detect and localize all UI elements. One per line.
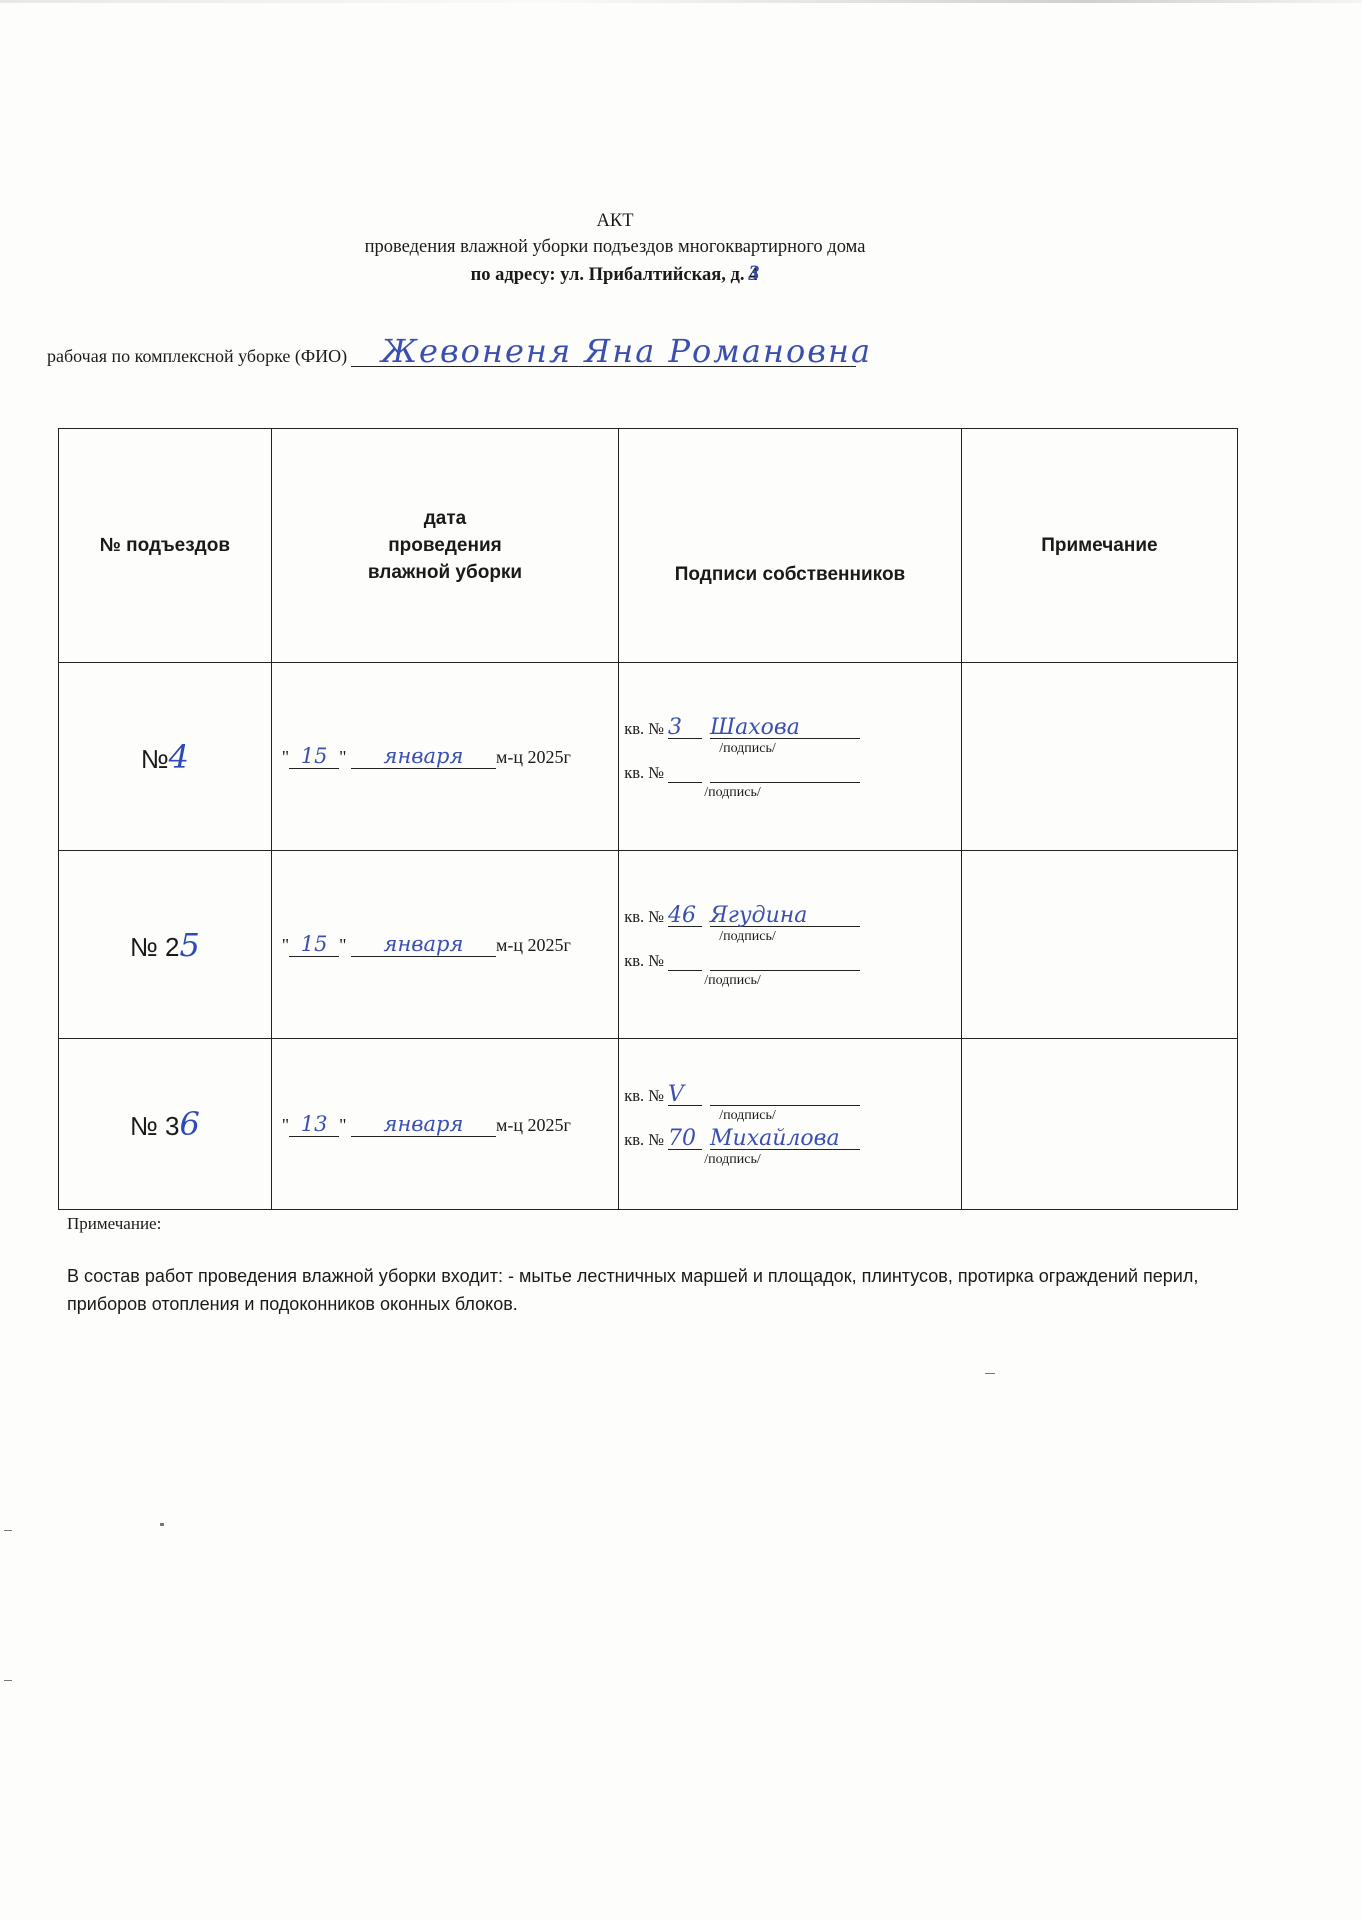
table-row: №4 "15" январям-ц 2025г кв. № 3 Шахова /… bbox=[59, 663, 1238, 851]
signature-field: Шахова bbox=[710, 720, 860, 739]
scan-edge bbox=[0, 0, 1362, 3]
apt-number-field: V bbox=[668, 1087, 702, 1106]
apt-number-field bbox=[668, 764, 702, 783]
date-cell: "15" январям-ц 2025г bbox=[271, 663, 618, 851]
apt-label: кв. № bbox=[624, 1086, 664, 1106]
address-handwritten: 3 bbox=[748, 260, 759, 285]
signature-caption: /подпись/ bbox=[704, 973, 961, 989]
address-label: по адресу: ул. Прибалтийская, д. 4 bbox=[471, 265, 759, 285]
scan-speck bbox=[160, 1523, 164, 1526]
signature-caption: /подпись/ bbox=[719, 929, 961, 945]
signature-handwritten: Ягудина bbox=[710, 903, 807, 928]
day-handwritten: 15 bbox=[301, 744, 328, 768]
apt-number-handwritten: 70 bbox=[668, 1126, 696, 1151]
month-handwritten: января bbox=[384, 932, 464, 956]
entrance-cell: № 25 bbox=[59, 851, 272, 1039]
entrance-cell: №4 bbox=[59, 663, 272, 851]
scan-speck bbox=[985, 1373, 995, 1374]
apt-number-field: 70 bbox=[668, 1131, 702, 1150]
note-cell bbox=[961, 851, 1237, 1039]
signatures-cell: кв. № V /подпись/ кв. № 70 Михайлова /по… bbox=[619, 1039, 962, 1210]
table-header-row: № подъездов дата проведения влажной убор… bbox=[59, 429, 1238, 663]
month-field: января bbox=[351, 744, 496, 769]
signature-line: кв. № 70 Михайлова bbox=[624, 1130, 961, 1150]
entrance-printed: № bbox=[141, 744, 169, 774]
apt-number-field bbox=[668, 952, 702, 971]
header-note: Примечание bbox=[961, 429, 1237, 663]
worker-name-handwritten: Жевоненя Яна Романовна bbox=[381, 332, 872, 370]
signature-handwritten: Шахова bbox=[710, 715, 800, 740]
entrance-handwritten: 6 bbox=[179, 1105, 199, 1143]
entrance-printed: № 3 bbox=[130, 1111, 180, 1141]
entrance-printed: № 2 bbox=[130, 932, 180, 962]
apt-number-handwritten: V bbox=[668, 1082, 684, 1107]
signature-field bbox=[710, 952, 860, 971]
date-cell: "15" январям-ц 2025г bbox=[271, 851, 618, 1039]
signature-line: кв. № bbox=[624, 763, 961, 783]
signature-field: Михайлова bbox=[710, 1131, 860, 1150]
footer-note-title: Примечание: bbox=[67, 1214, 161, 1234]
month-field: января bbox=[351, 1112, 496, 1137]
day-handwritten: 15 bbox=[301, 932, 328, 956]
signature-field bbox=[710, 1087, 860, 1106]
cleaning-act-table: № подъездов дата проведения влажной убор… bbox=[58, 428, 1238, 1210]
signature-handwritten: Михайлова bbox=[710, 1126, 840, 1151]
document-subtitle: проведения влажной уборки подъездов мног… bbox=[0, 234, 1230, 260]
day-handwritten: 13 bbox=[301, 1112, 328, 1136]
document-title: АКТ bbox=[0, 208, 1230, 234]
header-date-line: проведения bbox=[272, 532, 618, 559]
apt-label: кв. № bbox=[624, 951, 664, 971]
year-label: м-ц 2025г bbox=[496, 747, 571, 767]
month-field: января bbox=[351, 932, 496, 957]
footer-note-text: В состав работ проведения влажной уборки… bbox=[67, 1262, 1247, 1318]
apt-number-field: 46 bbox=[668, 908, 702, 927]
signature-field: Ягудина bbox=[710, 908, 860, 927]
entrance-handwritten: 5 bbox=[179, 926, 199, 964]
signatures-cell: кв. № 3 Шахова /подпись/ кв. № /подпись/ bbox=[619, 663, 962, 851]
scan-speck bbox=[4, 1680, 12, 1681]
day-field: 13 bbox=[289, 1112, 339, 1137]
signature-caption: /подпись/ bbox=[719, 1108, 961, 1124]
month-handwritten: января bbox=[384, 1112, 464, 1136]
header-date: дата проведения влажной уборки bbox=[271, 429, 618, 663]
year-label: м-ц 2025г bbox=[496, 1115, 571, 1135]
apt-label: кв. № bbox=[624, 719, 664, 739]
note-cell bbox=[961, 663, 1237, 851]
header-entrance: № подъездов bbox=[59, 429, 272, 663]
entrance-handwritten: 4 bbox=[169, 738, 189, 776]
apt-label: кв. № bbox=[624, 907, 664, 927]
worker-field: рабочая по комплексной уборке (ФИО) Жево… bbox=[47, 340, 856, 367]
signature-caption: /подпись/ bbox=[704, 1152, 961, 1168]
signature-line: кв. № 3 Шахова bbox=[624, 719, 961, 739]
apt-number-handwritten: 3 bbox=[668, 715, 682, 740]
apt-label: кв. № bbox=[624, 763, 664, 783]
header-date-line: дата bbox=[272, 505, 618, 532]
document-address: по адресу: ул. Прибалтийская, д. 43 bbox=[0, 260, 1230, 288]
apt-number-field: 3 bbox=[668, 720, 702, 739]
date-cell: "13" январям-ц 2025г bbox=[271, 1039, 618, 1210]
apt-number-handwritten: 46 bbox=[668, 903, 696, 928]
month-handwritten: января bbox=[384, 744, 464, 768]
signatures-cell: кв. № 46 Ягудина /подпись/ кв. № /подпис… bbox=[619, 851, 962, 1039]
entrance-cell: № 36 bbox=[59, 1039, 272, 1210]
table-row: № 25 "15" январям-ц 2025г кв. № 46 Ягуди… bbox=[59, 851, 1238, 1039]
signature-field bbox=[710, 764, 860, 783]
year-label: м-ц 2025г bbox=[496, 935, 571, 955]
signature-caption: /подпись/ bbox=[719, 741, 961, 757]
worker-name-line: Жевоненя Яна Романовна bbox=[351, 340, 856, 367]
signature-line: кв. № bbox=[624, 951, 961, 971]
day-field: 15 bbox=[289, 744, 339, 769]
signature-caption: /подпись/ bbox=[704, 785, 961, 801]
document-header: АКТ проведения влажной уборки подъездов … bbox=[0, 208, 1230, 288]
signature-line: кв. № V bbox=[624, 1086, 961, 1106]
worker-label: рабочая по комплексной уборке (ФИО) bbox=[47, 346, 347, 367]
table-row: № 36 "13" январям-ц 2025г кв. № V /подпи… bbox=[59, 1039, 1238, 1210]
day-field: 15 bbox=[289, 932, 339, 957]
header-signatures: Подписи собственников bbox=[619, 429, 962, 663]
header-date-line: влажной уборки bbox=[272, 559, 618, 586]
signature-line: кв. № 46 Ягудина bbox=[624, 907, 961, 927]
scan-speck bbox=[4, 1530, 12, 1531]
apt-label: кв. № bbox=[624, 1130, 664, 1150]
note-cell bbox=[961, 1039, 1237, 1210]
